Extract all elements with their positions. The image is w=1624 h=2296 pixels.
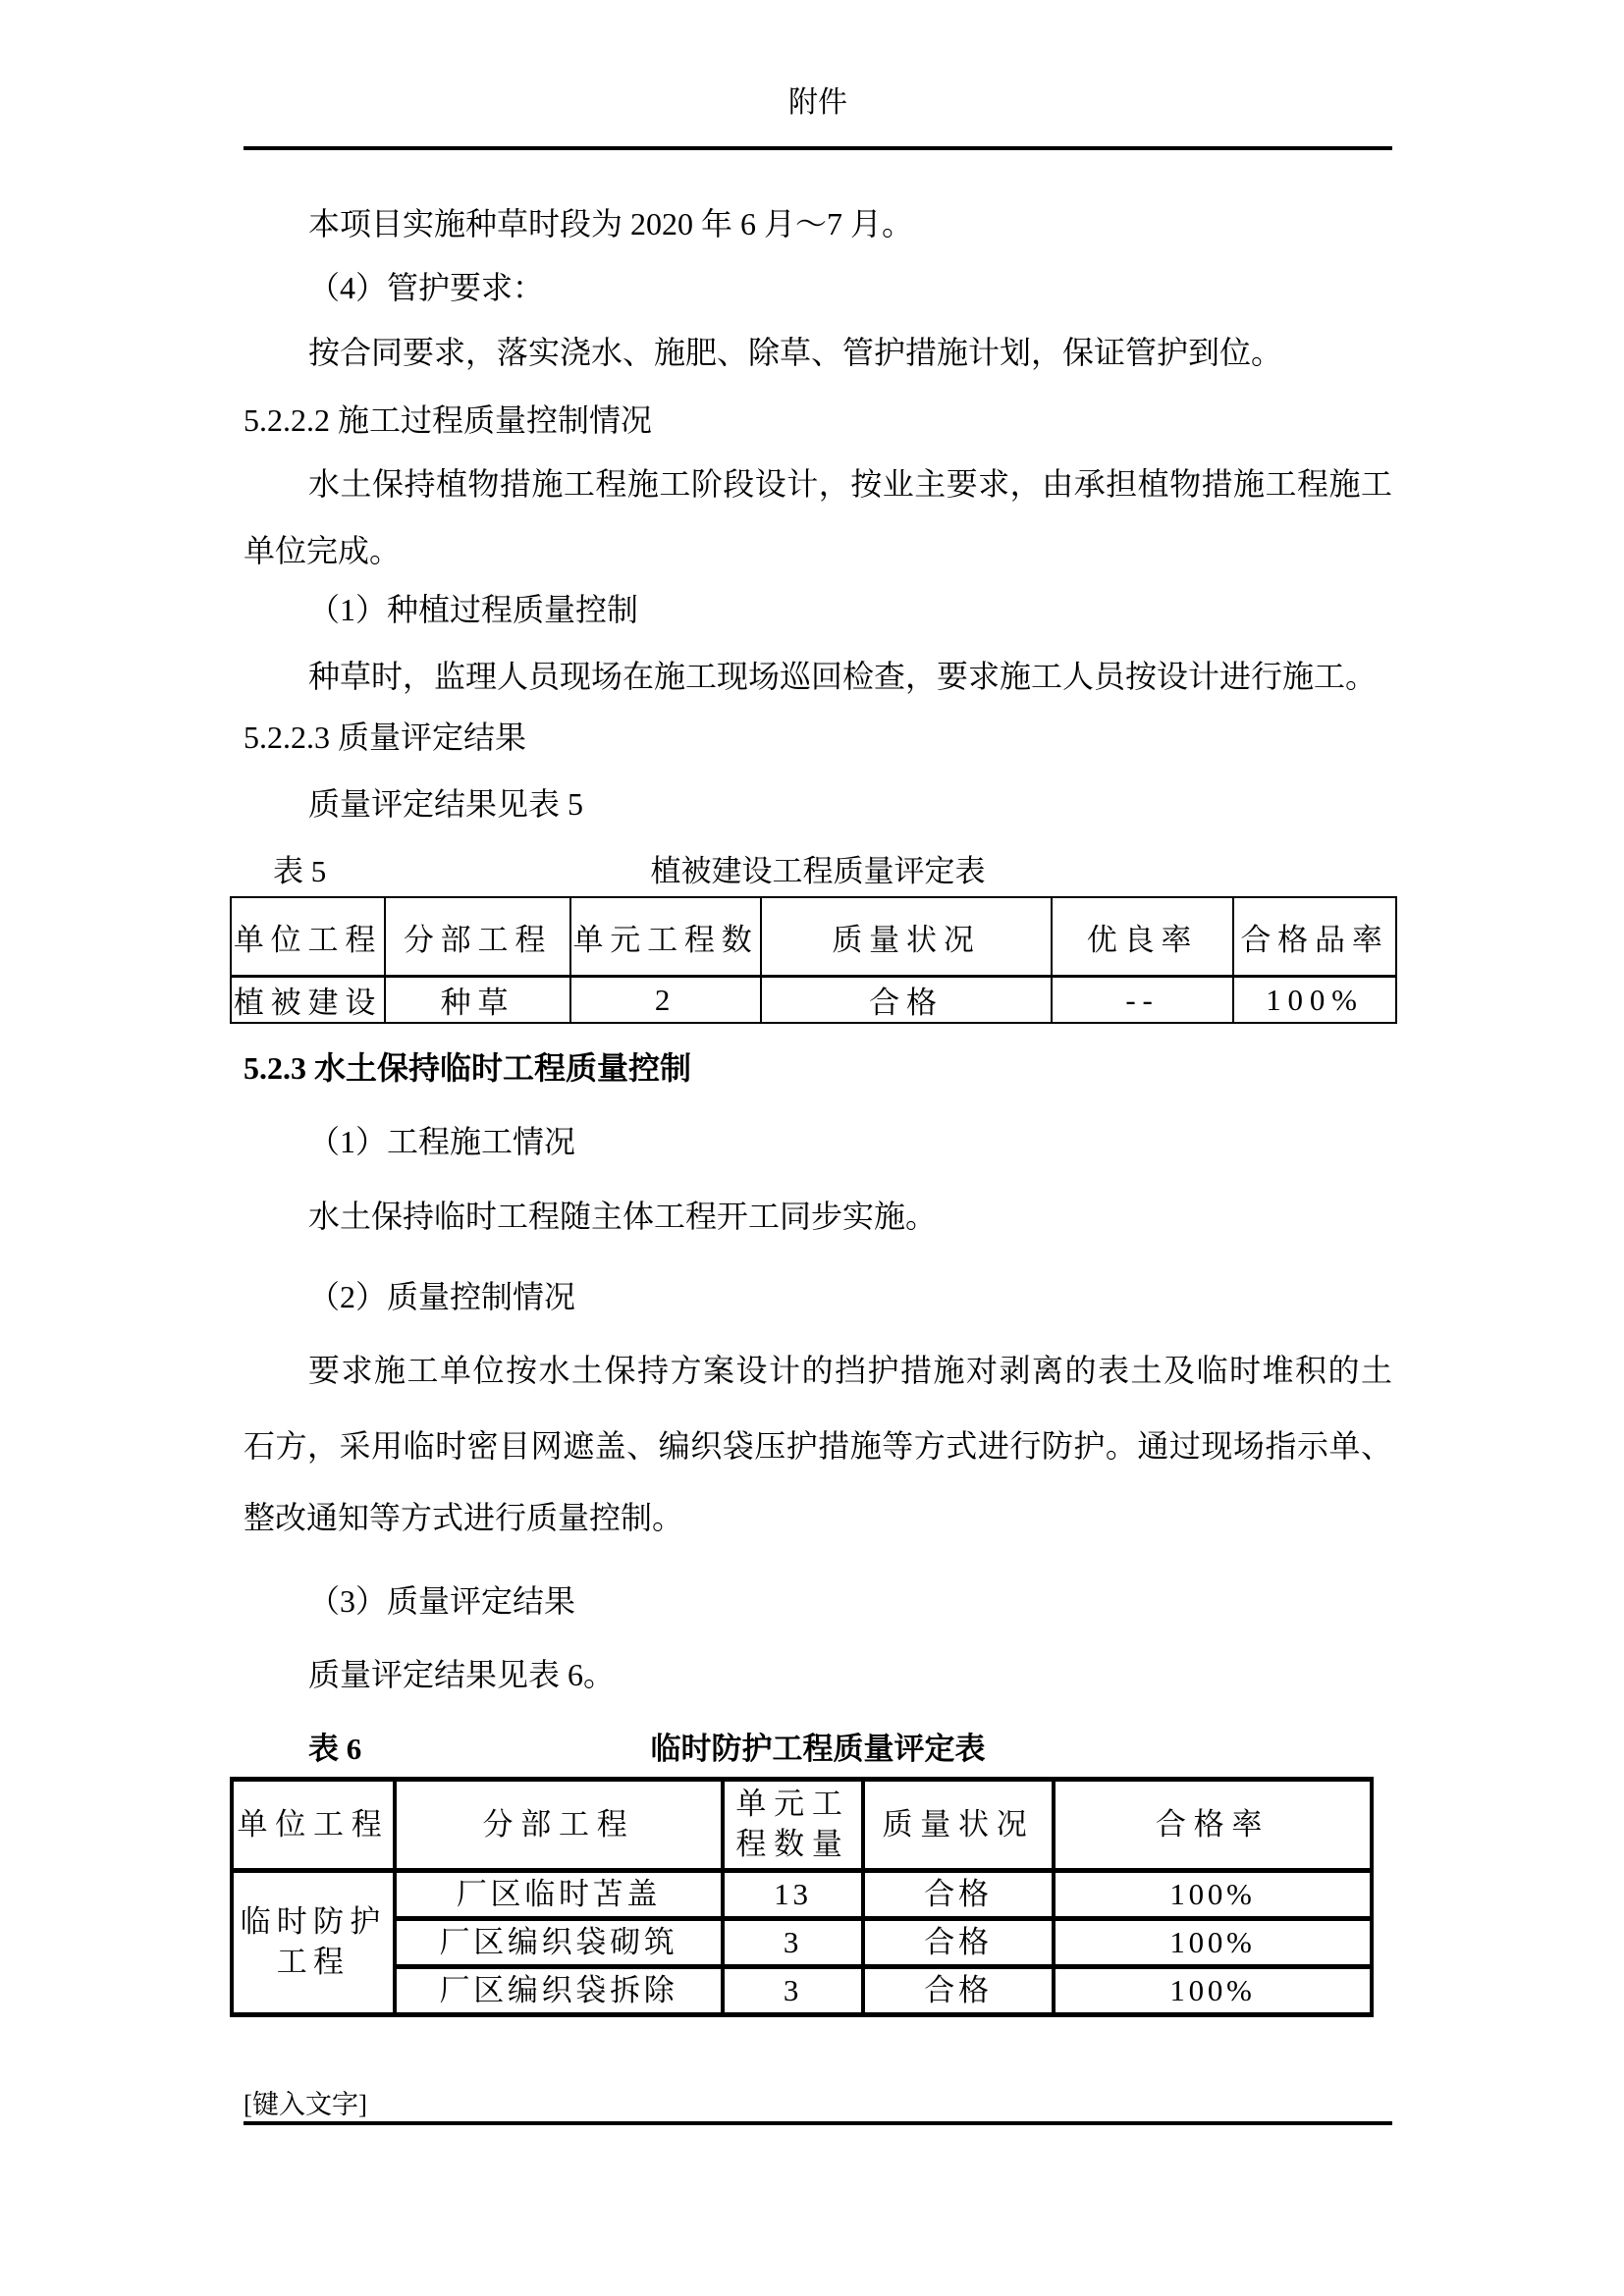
table6-header-cell: 质量状况 — [863, 1780, 1054, 1871]
table5-header-cell: 单位工程 — [231, 897, 385, 977]
section-heading-5223: 5.2.2.3 质量评定结果 — [244, 716, 1392, 759]
table6-cell: 合格 — [863, 1967, 1054, 2015]
table6-cell: 厂区编织袋拆除 — [395, 1967, 723, 2015]
table6-label: 表 6 — [308, 1729, 361, 1770]
paragraph-item1-construction: （1）工程施工情况 — [244, 1120, 1392, 1163]
table6-title: 临时防护工程质量评定表 — [244, 1729, 1392, 1770]
table5-title: 植被建设工程质量评定表 — [244, 851, 1392, 892]
table5-data-row: 植被建设 种草 2 合格 -- 100% — [231, 977, 1396, 1024]
paragraph-temp-sync: 水土保持临时工程随主体工程开工同步实施。 — [244, 1195, 1392, 1238]
table6-cell: 合格 — [863, 1919, 1054, 1967]
paragraph-item4: （4）管护要求： — [244, 266, 1392, 309]
table6-header-row: 单位工程 分部工程 单元工 程数量 质量状况 合格率 — [232, 1780, 1372, 1871]
table5-cell: 植被建设 — [231, 977, 385, 1024]
table6-header-cell: 分部工程 — [395, 1780, 723, 1871]
table6-cell: 100% — [1054, 1967, 1372, 2015]
quality-table-6: 单位工程 分部工程 单元工 程数量 质量状况 合格率 临时防护 工程 厂区临时苫… — [230, 1777, 1374, 2017]
table6-cell: 13 — [723, 1871, 863, 1919]
section-heading-523: 5.2.3 水土保持临时工程质量控制 — [244, 1046, 1392, 1090]
document-page: 附件 本项目实施种草时段为 2020 年 6 月～7 月。 （4）管护要求： 按… — [0, 0, 1624, 2296]
table6-caption: 表 6 临时防护工程质量评定表 — [244, 1729, 1392, 1770]
table6-data-row: 临时防护 工程 厂区临时苫盖 13 合格 100% — [232, 1871, 1372, 1919]
table6-unit-project-cell: 临时防护 工程 — [232, 1871, 395, 2015]
table5-cell: -- — [1052, 977, 1233, 1024]
quality-table-5: 单位工程 分部工程 单元工程数 质量状况 优良率 合格品率 植被建设 种草 2 … — [230, 896, 1397, 1024]
paragraph-require-line3: 整改通知等方式进行质量控制。 — [244, 1496, 1392, 1539]
paragraph-item3-result: （3）质量评定结果 — [244, 1579, 1392, 1623]
footer-placeholder: [键入文字] — [244, 2087, 1392, 2122]
table5-header-cell: 质量状况 — [761, 897, 1052, 977]
table6-cell: 厂区编织袋砌筑 — [395, 1919, 723, 1967]
table5-cell: 100% — [1233, 977, 1396, 1024]
table6-header-cell: 单元工 程数量 — [723, 1780, 863, 1871]
table5-label: 表 5 — [273, 851, 326, 892]
paragraph-item1-plant: （1）种植过程质量控制 — [244, 588, 1392, 631]
section-heading-5222: 5.2.2.2 施工过程质量控制情况 — [244, 399, 1392, 442]
table6-header-cell: 单位工程 — [232, 1780, 395, 1871]
paragraph-see-table5: 质量评定结果见表 5 — [244, 782, 1392, 826]
paragraph-require-line1: 要求施工单位按水土保持方案设计的挡护措施对剥离的表土及临时堆积的土 — [244, 1349, 1392, 1392]
table5-header-cell: 单元工程数 — [570, 897, 761, 977]
table5-cell: 种草 — [385, 977, 570, 1024]
header-rule — [244, 146, 1392, 150]
table6-cell: 厂区临时苫盖 — [395, 1871, 723, 1919]
paragraph-item2-quality: （2）质量控制情况 — [244, 1275, 1392, 1318]
table6-cell: 合格 — [863, 1871, 1054, 1919]
table5-caption: 表 5 植被建设工程质量评定表 — [244, 851, 1392, 892]
paragraph-contract: 按合同要求，落实浇水、施肥、除草、管护措施计划，保证管护到位。 — [244, 331, 1392, 374]
footer-rule — [244, 2121, 1392, 2125]
table5-header-cell: 分部工程 — [385, 897, 570, 977]
table6-data-row: 厂区编织袋拆除 3 合格 100% — [232, 1967, 1372, 2015]
table6-cell: 3 — [723, 1967, 863, 2015]
paragraph-plant-design-line1: 水土保持植物措施工程施工阶段设计，按业主要求，由承担植物措施工程施工 — [244, 462, 1392, 506]
table5-header-cell: 优良率 — [1052, 897, 1233, 977]
page-header-attachment-label: 附件 — [244, 82, 1392, 124]
table5-header-cell: 合格品率 — [1233, 897, 1396, 977]
table5-cell: 2 — [570, 977, 761, 1024]
paragraph-require-line2: 石方，采用临时密目网遮盖、编织袋压护措施等方式进行防护。通过现场指示单、 — [244, 1424, 1392, 1468]
paragraph-plant-design-line2: 单位完成。 — [244, 529, 1392, 572]
table6-data-row: 厂区编织袋砌筑 3 合格 100% — [232, 1919, 1372, 1967]
table5-cell: 合格 — [761, 977, 1052, 1024]
paragraph-grass-period: 本项目实施种草时段为 2020 年 6 月～7 月。 — [244, 202, 1392, 245]
paragraph-grass-inspect: 种草时，监理人员现场在施工现场巡回检查，要求施工人员按设计进行施工。 — [244, 655, 1392, 698]
table5-header-row: 单位工程 分部工程 单元工程数 质量状况 优良率 合格品率 — [231, 897, 1396, 977]
table6-cell: 3 — [723, 1919, 863, 1967]
table6-cell: 100% — [1054, 1871, 1372, 1919]
table6-cell: 100% — [1054, 1919, 1372, 1967]
paragraph-see-table6: 质量评定结果见表 6。 — [244, 1653, 1392, 1696]
table6-header-cell: 合格率 — [1054, 1780, 1372, 1871]
